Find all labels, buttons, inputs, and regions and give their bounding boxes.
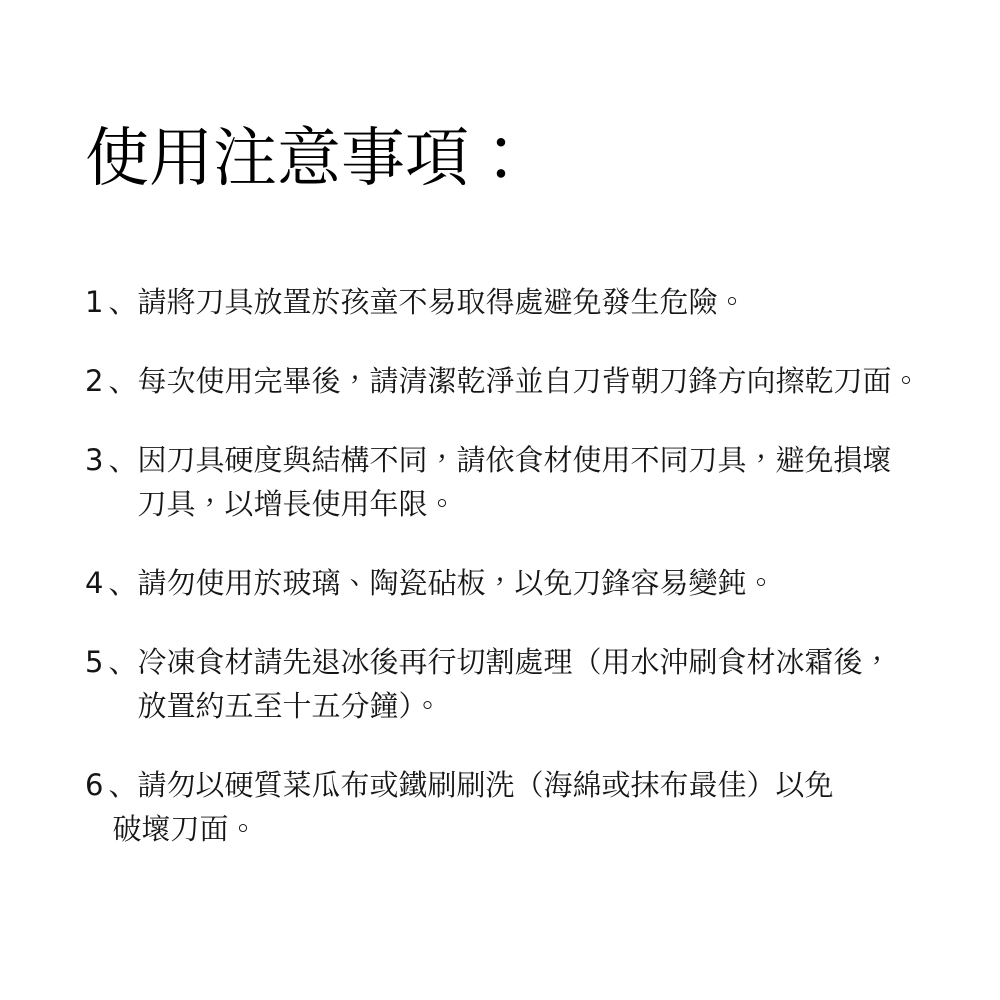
item-separator: 、 xyxy=(108,763,137,807)
item-separator: 、 xyxy=(108,359,137,403)
page-title: 使用注意事項： xyxy=(85,127,950,191)
item-text-line: 冷凍食材請先退冰後再行切割處理（用水沖刷食材冰霜後， xyxy=(137,640,950,684)
list-item-1: 1 、 請將刀具放置於孩童不易取得處避免發生危險。 xyxy=(85,280,950,324)
item-separator: 、 xyxy=(108,561,137,605)
item-text-line: 破壞刀面。 xyxy=(112,807,950,851)
item-number-digit: 2 xyxy=(85,359,103,403)
item-number: 1 、 xyxy=(85,280,137,324)
item-text-line: 刀具，以增長使用年限。 xyxy=(137,482,950,526)
item-text-line: 放置約五至十五分鐘）。 xyxy=(137,684,950,728)
item-number-digit: 4 xyxy=(85,561,103,605)
item-text-line: 請將刀具放置於孩童不易取得處避免發生危險。 xyxy=(137,285,746,319)
item-separator: 、 xyxy=(108,640,137,684)
item-number: 5 、 xyxy=(85,640,137,684)
item-separator: 、 xyxy=(108,438,137,482)
list-item-2: 2 、 每次使用完畢後，請清潔乾淨並自刀背朝刀鋒方向擦乾刀面。 xyxy=(85,359,950,403)
item-text-line: 每次使用完畢後，請清潔乾淨並自刀背朝刀鋒方向擦乾刀面。 xyxy=(137,364,920,398)
item-text-line: 請勿以硬質菜瓜布或鐵刷刷洗（海綿或抹布最佳）以免 xyxy=(137,763,950,807)
item-number-digit: 1 xyxy=(85,280,103,324)
item-number-digit: 5 xyxy=(85,640,103,684)
item-text: 因刀具硬度與結構不同，請依食材使用不同刀具，避免損壞 刀具，以增長使用年限。 xyxy=(137,438,950,526)
usage-notice-page: 使用注意事項： 1 、 請將刀具放置於孩童不易取得處避免發生危險。 2 、 每次… xyxy=(0,0,1000,1000)
item-number: 3 、 xyxy=(85,438,137,482)
item-number: 4 、 xyxy=(85,561,137,605)
item-text: 冷凍食材請先退冰後再行切割處理（用水沖刷食材冰霜後， 放置約五至十五分鐘）。 xyxy=(137,640,950,728)
item-text: 請勿使用於玻璃、陶瓷砧板，以免刀鋒容易變鈍。 xyxy=(137,561,950,605)
item-separator: 、 xyxy=(108,280,137,324)
item-number-digit: 6 xyxy=(85,763,103,807)
item-text-line: 因刀具硬度與結構不同，請依食材使用不同刀具，避免損壞 xyxy=(137,438,950,482)
item-text: 請勿以硬質菜瓜布或鐵刷刷洗（海綿或抹布最佳）以免 破壞刀面。 xyxy=(137,763,950,851)
item-text: 每次使用完畢後，請清潔乾淨並自刀背朝刀鋒方向擦乾刀面。 xyxy=(137,359,950,403)
item-number: 6 、 xyxy=(85,763,137,807)
list-item-4: 4 、 請勿使用於玻璃、陶瓷砧板，以免刀鋒容易變鈍。 xyxy=(85,561,950,605)
list-item-6: 6 、 請勿以硬質菜瓜布或鐵刷刷洗（海綿或抹布最佳）以免 破壞刀面。 xyxy=(85,763,950,851)
item-text: 請將刀具放置於孩童不易取得處避免發生危險。 xyxy=(137,280,950,324)
item-number: 2 、 xyxy=(85,359,137,403)
notice-list: 1 、 請將刀具放置於孩童不易取得處避免發生危險。 2 、 每次使用完畢後，請清… xyxy=(85,280,950,851)
list-item-5: 5 、 冷凍食材請先退冰後再行切割處理（用水沖刷食材冰霜後， 放置約五至十五分鐘… xyxy=(85,640,950,728)
list-item-3: 3 、 因刀具硬度與結構不同，請依食材使用不同刀具，避免損壞 刀具，以增長使用年… xyxy=(85,438,950,526)
item-text-line: 請勿使用於玻璃、陶瓷砧板，以免刀鋒容易變鈍。 xyxy=(137,566,775,600)
item-number-digit: 3 xyxy=(85,438,103,482)
